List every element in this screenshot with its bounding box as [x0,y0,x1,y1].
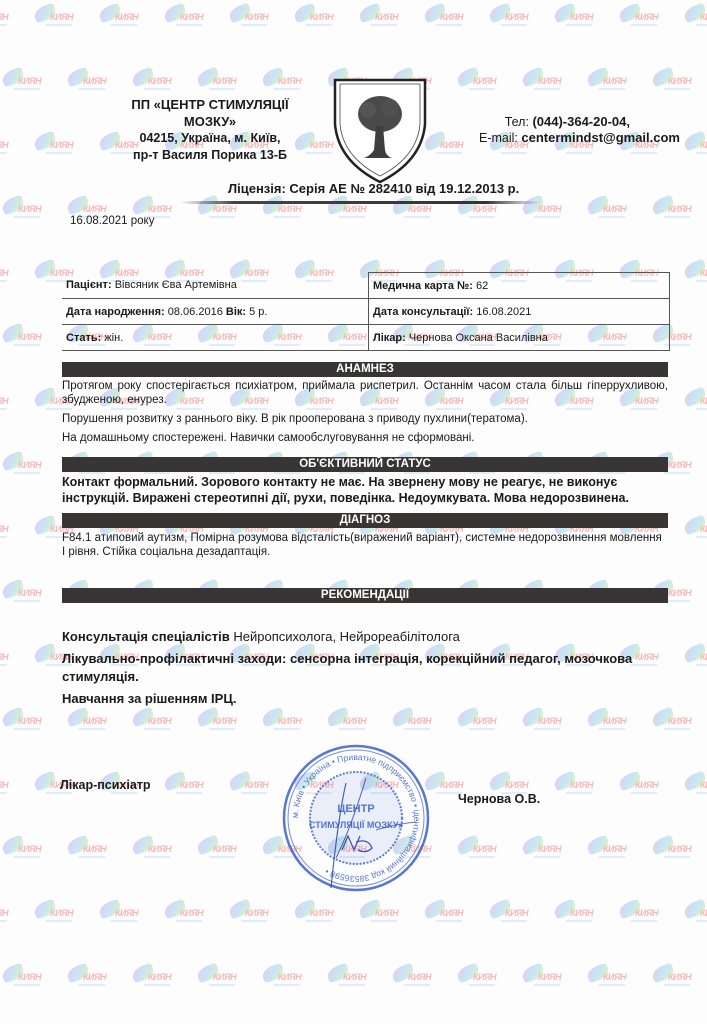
bird-logo-icon: КИЯН [455,708,499,736]
bird-logo-icon: КИЯН [617,772,661,800]
bird-logo-icon: КИЯН [292,900,336,928]
bird-logo-icon: КИЯН [162,772,206,800]
tree-shield-icon [330,76,430,186]
document-date: 16.08.2021 року [70,215,154,227]
bird-logo-icon: КИЯН [0,68,44,96]
bird-logo-icon: КИЯН [227,772,271,800]
bird-logo-icon: КИЯН [32,132,76,160]
sex-cell: Стать: жін. [62,325,369,351]
bird-logo-icon: КИЯН [97,900,141,928]
bird-logo-icon: КИЯН [650,964,694,992]
bird-logo-icon: КИЯН [455,68,499,96]
recommendations-text: Консультація спеціалістів Нейропсихолога… [62,628,668,712]
bird-logo-icon: КИЯН [617,900,661,928]
bird-logo-icon: КИЯН [585,196,629,224]
bird-logo-icon: КИЯН [650,708,694,736]
bird-logo-icon: КИЯН [260,68,304,96]
bird-logo-icon: КИЯН [162,900,206,928]
bird-logo-icon: КИЯН [455,836,499,864]
bird-logo-icon: КИЯН [0,516,11,544]
bird-logo-icon: КИЯН [650,68,694,96]
bird-logo-icon: КИЯН [552,900,596,928]
bird-logo-icon: КИЯН [130,68,174,96]
bird-logo-icon: КИЯН [65,708,109,736]
bird-logo-icon: КИЯН [390,964,434,992]
patient-cell: Пацієнт: Вівсяник Єва Артемівна [62,273,369,299]
bird-logo-icon: КИЯН [682,516,707,544]
bird-logo-icon: КИЯН [520,836,564,864]
bird-logo-icon: КИЯН [650,836,694,864]
recommendation-education: Навчання за рішенням ІРЦ. [62,690,668,708]
bird-logo-icon: КИЯН [422,4,466,32]
signature-title: Лікар-психіатр [60,778,151,792]
contacts-block: Тел: (044)-364-20-04, E-mail: centermind… [430,114,680,146]
email-row: E-mail: centermindst@gmail.com [430,130,680,146]
bird-logo-icon: КИЯН [65,836,109,864]
address-line-1: 04215, Україна, м. Київ, [110,130,310,147]
bird-logo-icon: КИЯН [260,708,304,736]
bird-logo-icon: КИЯН [0,900,11,928]
section-header-anamnesis: АНАМНЕЗ [62,362,668,377]
bird-logo-icon: КИЯН [520,708,564,736]
bird-logo-icon: КИЯН [552,4,596,32]
diagnosis-text: F84.1 атиповий аутизм, Помірна розумова … [62,531,668,559]
table-row: Пацієнт: Вівсяник Єва Артемівна Медична … [62,273,670,299]
section-header-recommendations: РЕКОМЕНДАЦІЇ [62,588,668,603]
bird-logo-icon: КИЯН [455,964,499,992]
bird-logo-icon: КИЯН [292,4,336,32]
bird-logo-icon: КИЯН [552,772,596,800]
bird-logo-icon: КИЯН [0,836,44,864]
bird-logo-icon: КИЯН [520,964,564,992]
bird-logo-icon: КИЯН [682,132,707,160]
bird-logo-icon: КИЯН [0,452,44,480]
doctor-cell: Лікар: Чернова Оксана Василівна [369,325,670,351]
bird-logo-icon: КИЯН [0,4,11,32]
bird-logo-icon: КИЯН [325,964,369,992]
bird-logo-icon: КИЯН [0,644,11,672]
bird-logo-icon: КИЯН [0,388,11,416]
bird-logo-icon: КИЯН [390,708,434,736]
table-row: Дата народження: 08.06.2016 Вік: 5 р. Да… [62,299,670,325]
section-header-objective: ОБ'ЄКТИВНИЙ СТАТУС [62,457,668,472]
bird-logo-icon: КИЯН [0,260,11,288]
address-line-2: пр-т Василя Порика 13-Б [110,147,310,164]
bird-logo-icon: КИЯН [585,708,629,736]
recommendation-treatment: Лікувально-профілактичні заходи: сенсорн… [62,650,668,686]
bird-logo-icon: КИЯН [195,964,239,992]
table-row: Стать: жін. Лікар: Чернова Оксана Василі… [62,325,670,351]
consult-date-cell: Дата консультації: 16.08.2021 [369,299,670,325]
bird-logo-icon: КИЯН [325,708,369,736]
bird-logo-icon: КИЯН [0,580,44,608]
bird-logo-icon: КИЯН [487,4,531,32]
bird-logo-icon: КИЯН [0,708,44,736]
bird-logo-icon: КИЯН [520,68,564,96]
bird-logo-icon: КИЯН [650,196,694,224]
bird-logo-icon: КИЯН [682,4,707,32]
bird-logo-icon: КИЯН [682,644,707,672]
bird-logo-icon: КИЯН [227,4,271,32]
bird-logo-icon: КИЯН [195,68,239,96]
bird-logo-icon: КИЯН [195,836,239,864]
recommendation-consultation: Консультація спеціалістів Нейропсихолога… [62,628,668,646]
bird-logo-icon: КИЯН [65,964,109,992]
bird-logo-icon: КИЯН [130,708,174,736]
org-name: ПП «ЦЕНТР СТИМУЛЯЦІЇ МОЗКУ» [110,96,310,130]
bird-logo-icon: КИЯН [585,836,629,864]
bird-logo-icon: КИЯН [357,900,401,928]
bird-logo-icon: КИЯН [617,4,661,32]
organization-block: ПП «ЦЕНТР СТИМУЛЯЦІЇ МОЗКУ» 04215, Украї… [110,96,310,164]
bird-logo-icon: КИЯН [195,708,239,736]
card-cell: Медична карта №: 62 [369,273,670,299]
bird-logo-icon: КИЯН [422,900,466,928]
objective-status-text: Контакт формальний. Зорового контакту не… [62,474,668,506]
bird-logo-icon: КИЯН [260,964,304,992]
bird-logo-icon: КИЯН [0,196,44,224]
svg-text:СТИМУЛЯЦІЇ МОЗКУ»: СТИМУЛЯЦІЇ МОЗКУ» [309,820,403,830]
anamnesis-text: Протягом року спостерігається психіатром… [62,379,668,450]
birth-cell: Дата народження: 08.06.2016 Вік: 5 р. [62,299,369,325]
bird-logo-icon: КИЯН [682,900,707,928]
company-seal-icon: м. Київ • Україна • Приватне підприємств… [276,738,436,898]
bird-logo-icon: КИЯН [0,132,11,160]
bird-logo-icon: КИЯН [130,964,174,992]
bird-logo-icon: КИЯН [227,900,271,928]
bird-logo-icon: КИЯН [487,900,531,928]
phone-value: (044)-364-20-04, [532,114,630,129]
bird-logo-icon: КИЯН [97,4,141,32]
bird-logo-icon: КИЯН [130,836,174,864]
bird-logo-icon: КИЯН [357,4,401,32]
bird-logo-icon: КИЯН [682,260,707,288]
bird-logo-icon: КИЯН [585,964,629,992]
bird-logo-icon: КИЯН [0,772,11,800]
phone-row: Тел: (044)-364-20-04, [430,114,680,130]
patient-info-table: Пацієнт: Вівсяник Єва Артемівна Медична … [62,272,670,351]
signature-name: Чернова О.В. [458,792,540,806]
license-line: Ліцензія: Серія АЕ № 282410 від 19.12.20… [228,181,519,196]
bird-logo-icon: КИЯН [585,68,629,96]
bird-logo-icon: КИЯН [0,964,44,992]
bird-logo-icon: КИЯН [682,772,707,800]
header-divider [180,201,540,204]
bird-logo-icon: КИЯН [32,4,76,32]
bird-logo-icon: КИЯН [162,4,206,32]
email-value: centermindst@gmail.com [521,130,680,145]
bird-logo-icon: КИЯН [682,388,707,416]
bird-logo-icon: КИЯН [65,68,109,96]
section-header-diagnosis: ДІАГНОЗ [62,513,668,528]
bird-logo-icon: КИЯН [32,900,76,928]
bird-logo-icon: КИЯН [0,324,44,352]
